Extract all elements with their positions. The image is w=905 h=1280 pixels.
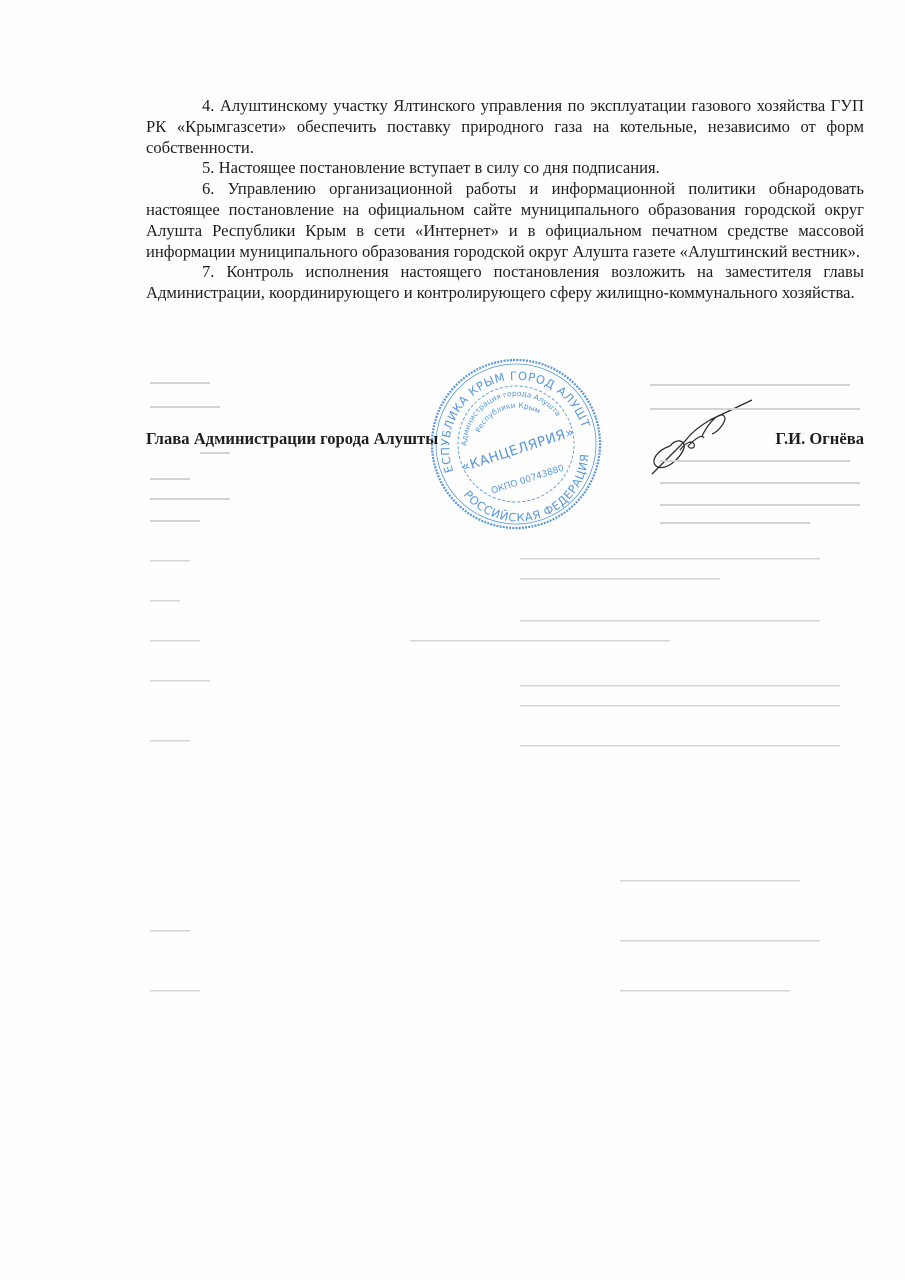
paragraph-4: 4. Алуштинскому участку Ялтинского управ…: [146, 96, 864, 158]
signatory-name: Г.И. Огнёва: [775, 429, 864, 449]
svg-text:РЕСПУБЛИКА КРЫМ ГОРОД АЛУШТА: РЕСПУБЛИКА КРЫМ ГОРОД АЛУШТА: [428, 356, 593, 479]
handwritten-signature-icon: [640, 390, 760, 480]
paragraph-5: 5. Настоящее постановление вступает в си…: [146, 158, 864, 179]
document-body: 4. Алуштинскому участку Ялтинского управ…: [146, 96, 864, 304]
paragraph-7: 7. Контроль исполнения настоящего постан…: [146, 262, 864, 304]
signatory-title: Глава Администрации города Алушты: [146, 429, 438, 449]
stamp-outer-top-text: РЕСПУБЛИКА КРЫМ ГОРОД АЛУШТА: [428, 356, 593, 479]
stamp-okpo-text: ОКПО 00743880: [490, 464, 566, 497]
document-page: 4. Алуштинскому участку Ялтинского управ…: [0, 0, 905, 1280]
paragraph-6: 6. Управлению организационной работы и и…: [146, 179, 864, 262]
